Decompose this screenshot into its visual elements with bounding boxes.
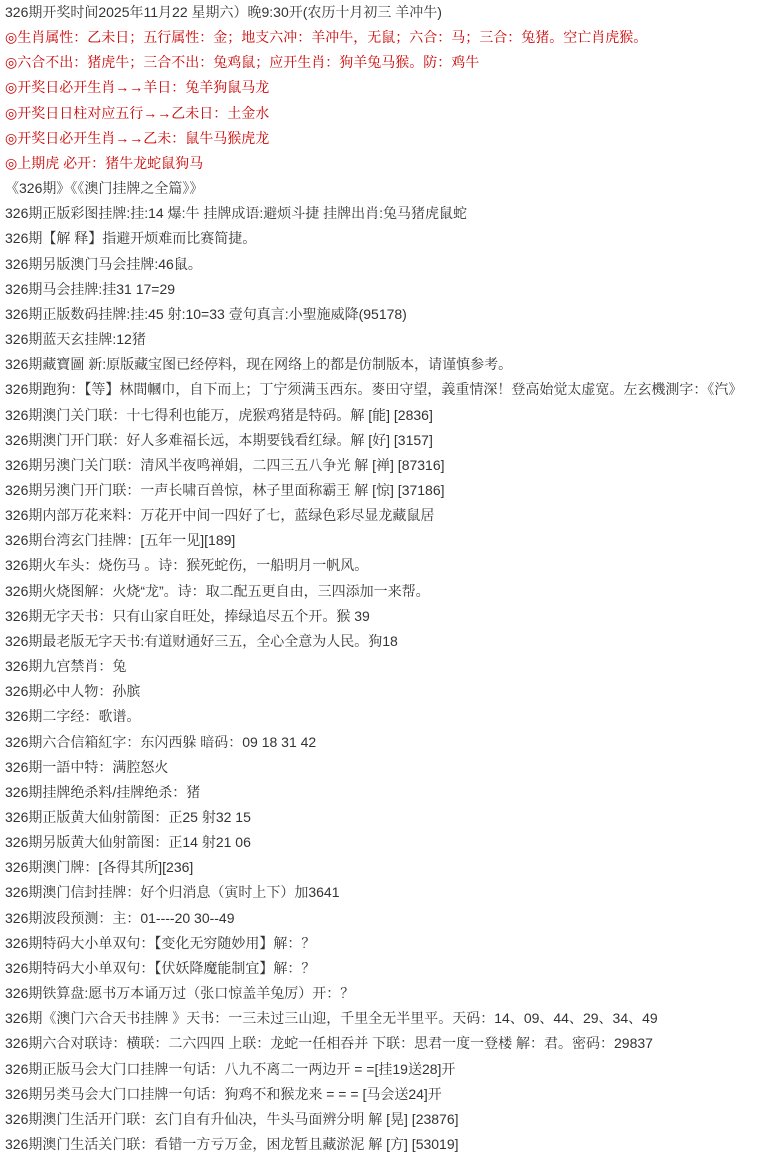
- text-line: 326期正版彩图挂牌:挂:14 爆:牛 挂牌成语:避烦斗捷 挂牌出肖:兔马猪虎鼠…: [5, 201, 778, 226]
- text-line: 326期六合信箱紅字：东闪西躲 暗码：09 18 31 42: [5, 730, 778, 755]
- text-line: 326期蓝天玄挂牌:12猪: [5, 327, 778, 352]
- text-line: 326期正版马会大门口挂牌一句话：八九不离二一两边开 = =[挂19送28]开: [5, 1057, 778, 1082]
- text-line: 326期必中人物：孙膑: [5, 679, 778, 704]
- text-line: 326期澳门牌：[各得其所][236]: [5, 855, 778, 880]
- text-line: 326期六合对联诗：横联：二六四四 上联：龙蛇一任相吞并 下联：思君一度一登楼 …: [5, 1031, 778, 1056]
- text-line: 326期特码大小单双句：【伏妖降魔能制宜】解：？: [5, 956, 778, 981]
- text-line: 326期另版黄大仙射箭图：正14 射21 06: [5, 830, 778, 855]
- text-lines-container: 326期开奖时间2025年11月22 星期六）晚9:30开(农历十月初三 羊冲牛…: [5, 0, 778, 1157]
- text-line: 326期最老版无字天书:有道财通好三五，全心全意为人民。狗18: [5, 629, 778, 654]
- text-line: 326期澳门信封挂牌：好个归消息（寅时上下）加3641: [5, 880, 778, 905]
- text-line: 326期挂牌绝杀料/挂牌绝杀：猪: [5, 780, 778, 805]
- text-line: 《326期》《《澳门挂牌之全篇》》: [5, 176, 778, 201]
- text-line: 326期澳门开门联：好人多难福长远，本期要钱看红绿。解 [好] [3157]: [5, 428, 778, 453]
- text-line: 326期火烧图解：火烧“龙”。诗：取二配五更自由，三四添加一来帮。: [5, 579, 778, 604]
- text-line: 326期内部万花来料：万花开中间一四好了七，蓝绿色彩尽显龙藏鼠居: [5, 503, 778, 528]
- text-line: 326期无字天书：只有山家自旺处，捧绿追尽五个开。猴 39: [5, 604, 778, 629]
- text-line: 326期马会挂牌:挂31 17=29: [5, 277, 778, 302]
- text-line: ◎开奖日日柱对应五行→→乙未日：土金水: [5, 101, 778, 126]
- text-line: 326期跑狗：【等】林間幗巾，自下而上；丁宁须满玉西东。麥田守望，義重情深！登高…: [5, 377, 778, 402]
- text-line: 326期澳门生活开门联：玄门自有升仙决，牛头马面辨分明 解 [晃] [23876…: [5, 1107, 778, 1132]
- text-line: 326期铁算盘:愿书万本诵万过（张口惊盖羊兔厉）开：？: [5, 981, 778, 1006]
- text-line: 326期【解 释】指避开烦难而比赛简捷。: [5, 226, 778, 251]
- text-line: 326期九宫禁肖：兔: [5, 654, 778, 679]
- text-line: 326期台湾玄门挂牌：[五年一见][189]: [5, 528, 778, 553]
- text-line: 326期正版数码挂牌:挂:45 射:10=33 壹句真言:小聖施威降(95178…: [5, 302, 778, 327]
- text-line: 326期澳门关门联：十七得利也能万，虎猴鸡猪是特码。解 [能] [2836]: [5, 403, 778, 428]
- text-line: 326期正版黄大仙射箭图：正25 射32 15: [5, 805, 778, 830]
- text-line: 326期一語中特：满腔怒火: [5, 755, 778, 780]
- text-line: 326期《澳门六合天书挂牌 》天书：一三未过三山迎，千里全无半里平。天码：14、…: [5, 1006, 778, 1031]
- text-line: ◎开奖日必开生肖→→乙未：鼠牛马猴虎龙: [5, 126, 778, 151]
- text-line: 326期藏寶圖 新:原版藏宝图已经停料，现在网络上的都是仿制版本，请谨慎参考。: [5, 352, 778, 377]
- text-line: 326期另澳门开门联：一声长啸百兽惊，林子里面称霸王 解 [惊] [37186]: [5, 478, 778, 503]
- text-line: 326期澳门生活关门联：看错一方亏万金，困龙暂且藏淤泥 解 [方] [53019…: [5, 1132, 778, 1157]
- text-line: 326期波段预测：主：01----20 30--49: [5, 906, 778, 931]
- text-line: ◎开奖日必开生肖→→羊日：兔羊狗鼠马龙: [5, 75, 778, 100]
- text-line: 326期二字经：歌谱。: [5, 704, 778, 729]
- text-line: 326期另澳门关门联：清风半夜鸣禅娟，二四三五八争光 解 [禅] [87316]: [5, 453, 778, 478]
- lottery-text-page: 326期开奖时间2025年11月22 星期六）晚9:30开(农历十月初三 羊冲牛…: [0, 0, 778, 1157]
- text-line: 326期火车头：烧伤马 。诗：猴死蛇伤，一船明月一帆风。: [5, 553, 778, 578]
- text-line: ◎生肖属性：乙未日；五行属性：金；地支六冲：羊冲牛，无鼠；六合：马；三合：兔猪。…: [5, 25, 778, 50]
- text-line: 326期特码大小单双句：【变化无穷随妙用】解：？: [5, 931, 778, 956]
- text-line: ◎六合不出：猪虎牛；三合不出：兔鸡鼠；应开生肖：狗羊兔马猴。防：鸡牛: [5, 50, 778, 75]
- text-line: 326期另类马会大门口挂牌一句话：狗鸡不和猴龙来 = = = [马会送24]开: [5, 1082, 778, 1107]
- text-line: ◎上期虎 必开：猪牛龙蛇鼠狗马: [5, 151, 778, 176]
- text-line: 326期另版澳门马会挂牌:46鼠。: [5, 252, 778, 277]
- text-line: 326期开奖时间2025年11月22 星期六）晚9:30开(农历十月初三 羊冲牛…: [5, 0, 778, 25]
